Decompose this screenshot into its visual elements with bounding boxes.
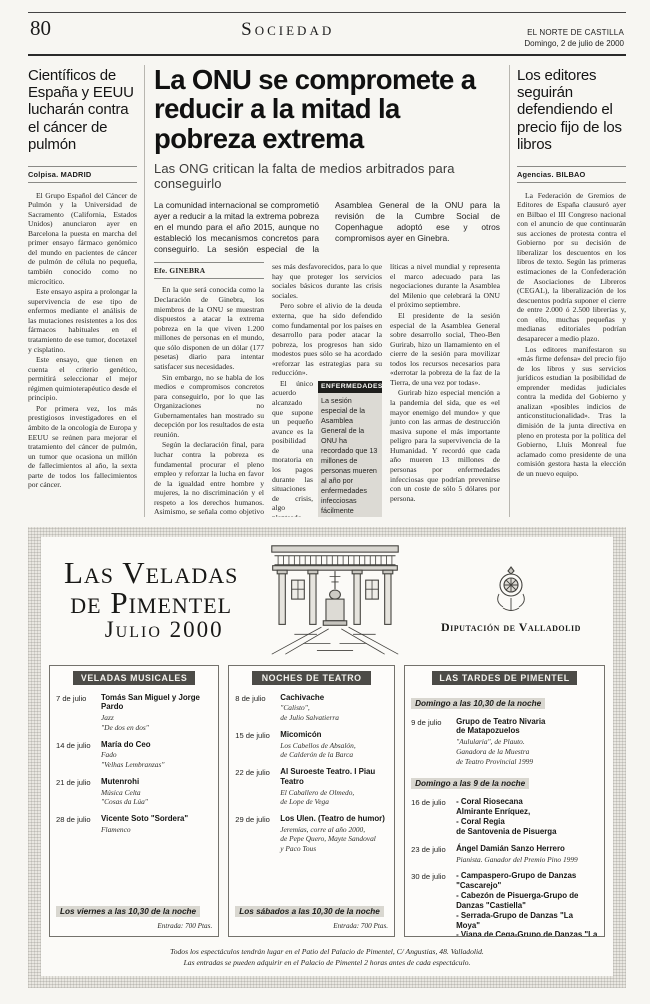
article-editores-headline: Los editores seguirán defendiendo el pre… [517,67,626,154]
page-number: 80 [30,18,51,39]
section-title: Sociedad [51,20,524,39]
schedule-subheader: Domingo a las 10,30 de la noche [411,698,545,709]
newspaper-page: 80 Sociedad EL NORTE DE CASTILLA Domingo… [0,0,650,988]
article-editores-body: La Federación de Gremios de Editores de … [517,191,626,479]
event-row: 22 de julio Al Suroeste Teatro. I Piau T… [235,767,388,807]
ad-title-line3: Julio 2000 [49,619,253,642]
article-onu-byline: Efe. GINEBRA [154,262,264,279]
article-cancer-byline: Colpisa. MADRID [28,166,137,183]
event-date: 29 de julio [235,814,280,854]
event-title: Al Suroeste Teatro. I Piau Teatro [280,767,388,787]
event-title: Grupo de Teatro Nivaria de Matapozuelos [456,717,598,737]
event-date: 15 de julio [235,730,280,760]
ad-title-line1: Las Veladas [49,558,253,588]
diputacion-crest-icon [489,564,533,616]
ad-header: Las Veladas de Pimentel Julio 2000 [49,541,605,659]
event-details: "Calisto", de Julio Salvatierra [280,703,388,722]
paragraph: Pero sobre el alivio de la deuda externa… [272,301,382,378]
article-onu-col3: líticas a nivel mundial y representa el … [390,262,500,516]
event-title: María do Ceo [101,740,212,750]
event-row: 9 de julio Grupo de Teatro Nivaria de Ma… [411,717,598,767]
paragraph: Este ensayo, que tienen en cuenta el cri… [28,355,137,403]
event-date: 28 de julio [56,814,101,835]
publication-name: EL NORTE DE CASTILLA [527,28,624,37]
program-box-tardes-de-pimentel: LAS TARDES DE PIMENTEL Domingo a las 10,… [404,665,605,937]
event-details: El Caballero de Olmedo, de Lope de Vega [280,788,388,807]
event-title: Cachivache [280,693,388,703]
program-box-header: LAS TARDES DE PIMENTEL [432,671,578,685]
event-title: Los Ulen. (Teatro de humor) [280,814,388,824]
program-box-veladas-musicales: VELADAS MUSICALES 7 de julio Tomás San M… [49,665,219,937]
event-row: 21 de julio Mutenrohi Música Celta "Cosa… [56,777,212,807]
paragraph: líticas a nivel mundial y representa el … [390,262,500,310]
event-title: - Coral Riosecana Almirante Enríquez, - … [456,797,598,837]
article-onu-body: Efe. GINEBRA En la que será conocida com… [154,262,500,516]
infobox-text: La sesión especial de la Asamblea Genera… [318,393,382,516]
program-box-noches-de-teatro: NOCHES DE TEATRO 8 de julio Cachivache "… [228,665,395,937]
program-box-footer: Los sábados a las 10,30 de la noche Entr… [235,901,388,930]
event-details: "Aulularia", de Plauto. Ganadora de la M… [456,737,598,766]
article-onu: La ONU se compromete a reducir a la mita… [144,65,510,517]
event-details: Música Celta "Cosas da Lúa" [101,788,212,807]
event-row: 28 de julio Vicente Soto "Sordera" Flame… [56,814,212,835]
paragraph: El presidente de la sesión especial de l… [390,311,500,388]
article-onu-col2: ses más desfavorecidos, para lo que hay … [272,262,382,516]
event-details: Jeremías, corre al año 2000, de Pepe Que… [280,825,388,854]
event-details: Fado "Velhas Lembranzas" [101,750,212,769]
event-row: 16 de julio - Coral Riosecana Almirante … [411,797,598,837]
article-onu-standfirst: La comunidad internacional se comprometi… [154,200,500,255]
event-details: Flamenco [101,825,212,835]
event-title: Micomicón [280,730,388,740]
event-row: 30 de julio - Campaspero-Grupo de Danzas… [411,871,598,936]
ad-title: Las Veladas de Pimentel Julio 2000 [49,558,253,641]
paragraph: Los editores manifestaron su «más firme … [517,345,626,479]
article-cancer: Científicos de España y EEUU lucharán co… [28,65,144,517]
event-row: 7 de julio Tomás San Miguel y Jorge Pard… [56,693,212,733]
paragraph: ses más desfavorecidos, para lo que hay … [272,262,382,300]
article-cancer-body: El Grupo Español del Cáncer de Pulmón y … [28,191,137,490]
ad-footnote-line2: Las entradas se pueden adquirir en el Pa… [184,958,471,967]
article-onu-headline: La ONU se compromete a reducir a la mita… [154,65,500,154]
paragraph: En la que será conocida como la Declarac… [154,285,264,371]
ad-program-boxes: VELADAS MUSICALES 7 de julio Tomás San M… [49,665,605,937]
event-date: 22 de julio [235,767,280,807]
event-row: 14 de julio María do Ceo Fado "Velhas Le… [56,740,212,770]
paragraph: Gurirab hizo especial mención a la pande… [390,388,500,503]
price-note: Entrada: 700 Ptas. [56,922,212,930]
ad-footnote-line1: Todos los espectáculos tendrán lugar en … [170,947,484,956]
ad-organization: Diputación de Valladolid [417,564,605,635]
event-title: Ángel Damián Sanzo Herrero [456,844,598,854]
ad-inner: Las Veladas de Pimentel Julio 2000 [41,537,613,976]
paragraph: Según la declaración final, para luchar … [154,440,264,516]
event-row: 15 de julio Micomicón Los Cabellos de Ab… [235,730,388,760]
advertisement-veladas-pimentel: Las Veladas de Pimentel Julio 2000 [28,527,626,988]
ad-footnote: Todos los espectáculos tendrán lugar en … [49,946,605,968]
event-title: Mutenrohi [101,777,212,787]
ad-organization-name: Diputación de Valladolid [417,620,605,635]
article-editores-byline: Agencias. BILBAO [517,166,626,183]
schedule-note: Los viernes a las 10,30 de la noche [56,906,200,917]
article-onu-subhead: Las ONG critican la falta de medios arbi… [154,161,500,191]
infobox-enfermedades: ENFERMEDADES La sesión especial de la As… [318,381,382,517]
paragraph: Por primera vez, los más prestigiosos in… [28,404,137,490]
publication-info: EL NORTE DE CASTILLA Domingo, 2 de julio… [524,28,624,50]
articles-area: Científicos de España y EEUU lucharán co… [28,65,626,517]
article-cancer-headline: Científicos de España y EEUU lucharán co… [28,67,137,154]
schedule-note: Los sábados a las 10,30 de la noche [235,906,384,917]
event-title: - Campaspero-Grupo de Danzas "Cascarejo"… [456,871,598,936]
masthead: 80 Sociedad EL NORTE DE CASTILLA Domingo… [28,12,626,56]
event-date: 7 de julio [56,693,101,733]
event-date: 9 de julio [411,717,456,767]
program-box-header: NOCHES DE TEATRO [252,671,371,685]
event-date: 8 de julio [235,693,280,723]
program-box-footer: Los viernes a las 10,30 de la noche Entr… [56,901,212,930]
ad-title-line2: de Pimentel [49,588,253,618]
palacio-courtyard-illustration [253,544,417,656]
paragraph: Sin embargo, no se habla de los medios e… [154,373,264,440]
event-row: 29 de julio Los Ulen. (Teatro de humor) … [235,814,388,854]
event-date: 30 de julio [411,871,456,936]
publication-date: Domingo, 2 de julio de 2000 [524,39,624,48]
event-row: 8 de julio Cachivache "Calisto", de Juli… [235,693,388,723]
event-date: 21 de julio [56,777,101,807]
article-onu-col1: Efe. GINEBRA En la que será conocida com… [154,262,264,516]
event-title: Tomás San Miguel y Jorge Pardo [101,693,212,713]
event-date: 16 de julio [411,797,456,837]
event-title: Vicente Soto "Sordera" [101,814,212,824]
paragraph: El Grupo Español del Cáncer de Pulmón y … [28,191,137,287]
paragraph: La Federación de Gremios de Editores de … [517,191,626,344]
event-details: Los Cabellos de Absalón, de Calderón de … [280,741,388,760]
event-details: Jazz "De dos en dos" [101,713,212,732]
infobox-title: ENFERMEDADES [318,381,382,394]
event-date: 14 de julio [56,740,101,770]
event-date: 23 de julio [411,844,456,865]
event-row: 23 de julio Ángel Damián Sanzo Herrero P… [411,844,598,865]
program-box-header: VELADAS MUSICALES [73,671,195,685]
article-editores: Los editores seguirán defendiendo el pre… [510,65,626,517]
price-note: Entrada: 700 Ptas. [235,922,388,930]
schedule-subheader: Domingo a las 9 de la noche [411,778,529,789]
event-details: Pianista. Ganador del Premio Pino 1999 [456,855,598,865]
paragraph: Este ensayo aspira a prolongar la superv… [28,287,137,354]
